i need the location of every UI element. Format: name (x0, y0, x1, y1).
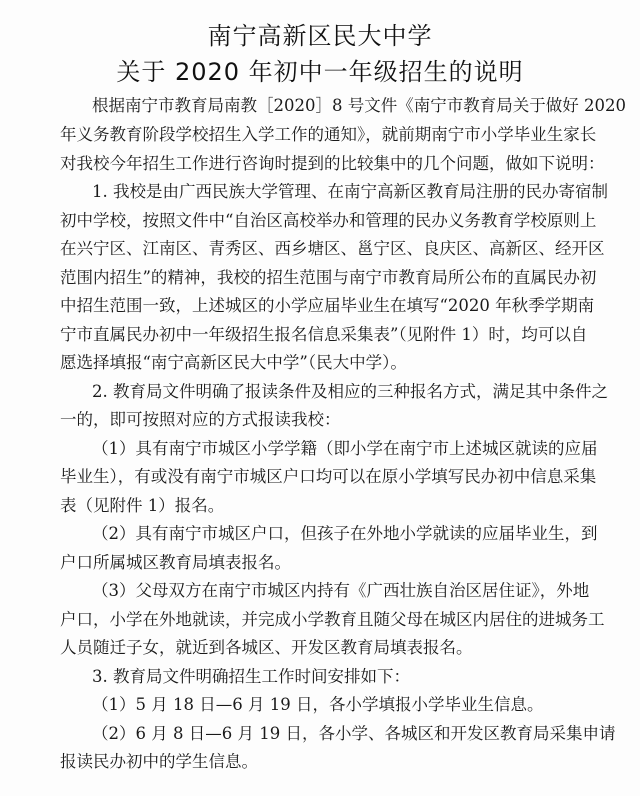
body-line: 人员随迁子女，就近到各城区、开发区教育局填表报名。 (60, 637, 580, 659)
body-line: 愿选择填报“南宁高新区民大中学”（民大中学）。 (60, 352, 580, 374)
body-line: （1）5 月 18 日—6 月 19 日，各小学填报小学毕业生信息。 (92, 694, 580, 716)
body-line: 报读民办初中的学生信息。 (60, 751, 580, 773)
document-page: 南宁高新区民大中学 关于 2020 年初中一年级招生的说明 根据南宁市教育局南教… (0, 0, 640, 796)
body-line: 表（见附件 1）报名。 (60, 495, 580, 517)
body-line: 对我校今年招生工作进行咨询时提到的比较集中的几个问题，做如下说明： (60, 153, 580, 175)
document-title-school: 南宁高新区民大中学 (0, 16, 640, 51)
body-line: 3. 教育局文件明确招生工作时间安排如下： (92, 666, 580, 688)
body-line: 宁市直属民办初中一年级招生报名信息采集表”（见附件 1）时，均可以自 (60, 324, 580, 346)
body-line: 毕业生），有或没有南宁市城区户口均可以在原小学填写民办初中信息采集 (60, 466, 580, 488)
body-line: 一的，即可按照对应的方式报读我校： (60, 409, 580, 431)
document-title-subject: 关于 2020 年初中一年级招生的说明 (0, 52, 640, 87)
body-line: 在兴宁区、江南区、青秀区、西乡塘区、邕宁区、良庆区、高新区、经开区 (60, 238, 580, 260)
body-line: （3）父母双方在南宁市城区内持有《广西壮族自治区居住证》，外地 (92, 580, 580, 602)
body-line: 户口，小学在外地就读，并完成小学教育且随父母在城区内居住的进城务工 (60, 609, 580, 631)
body-line: （1）具有南宁市城区小学学籍（即小学在南宁市上述城区就读的应届 (92, 438, 580, 460)
body-line: 户口所属城区教育局填表报名。 (60, 552, 580, 574)
body-line: 初中学校，按照文件中“自治区高校举办和管理的民办义务教育学校原则上 (60, 210, 580, 232)
body-line: 范围内招生”的精神，我校的招生范围与南宁市教育局所公布的直属民办初 (60, 267, 580, 289)
body-line: 中招生范围一致，上述城区的小学应届毕业生在填写“2020 年秋季学期南 (60, 295, 580, 317)
body-line: 2. 教育局文件明确了报读条件及相应的三种报名方式，满足其中条件之 (92, 381, 580, 403)
body-line: 1. 我校是由广西民族大学管理、在南宁高新区教育局注册的民办寄宿制 (92, 181, 580, 203)
body-line: 根据南宁市教育局南教［2020］8 号文件《南宁市教育局关于做好 2020 (92, 95, 580, 117)
body-line: （2）6 月 8 日—6 月 19 日，各小学、各城区和开发区教育局采集申请 (92, 723, 580, 745)
body-line: 年义务教育阶段学校招生入学工作的通知》，就前期南宁市小学毕业生家长 (60, 124, 580, 146)
body-line: （2）具有南宁市城区户口，但孩子在外地小学就读的应届毕业生，到 (92, 523, 580, 545)
